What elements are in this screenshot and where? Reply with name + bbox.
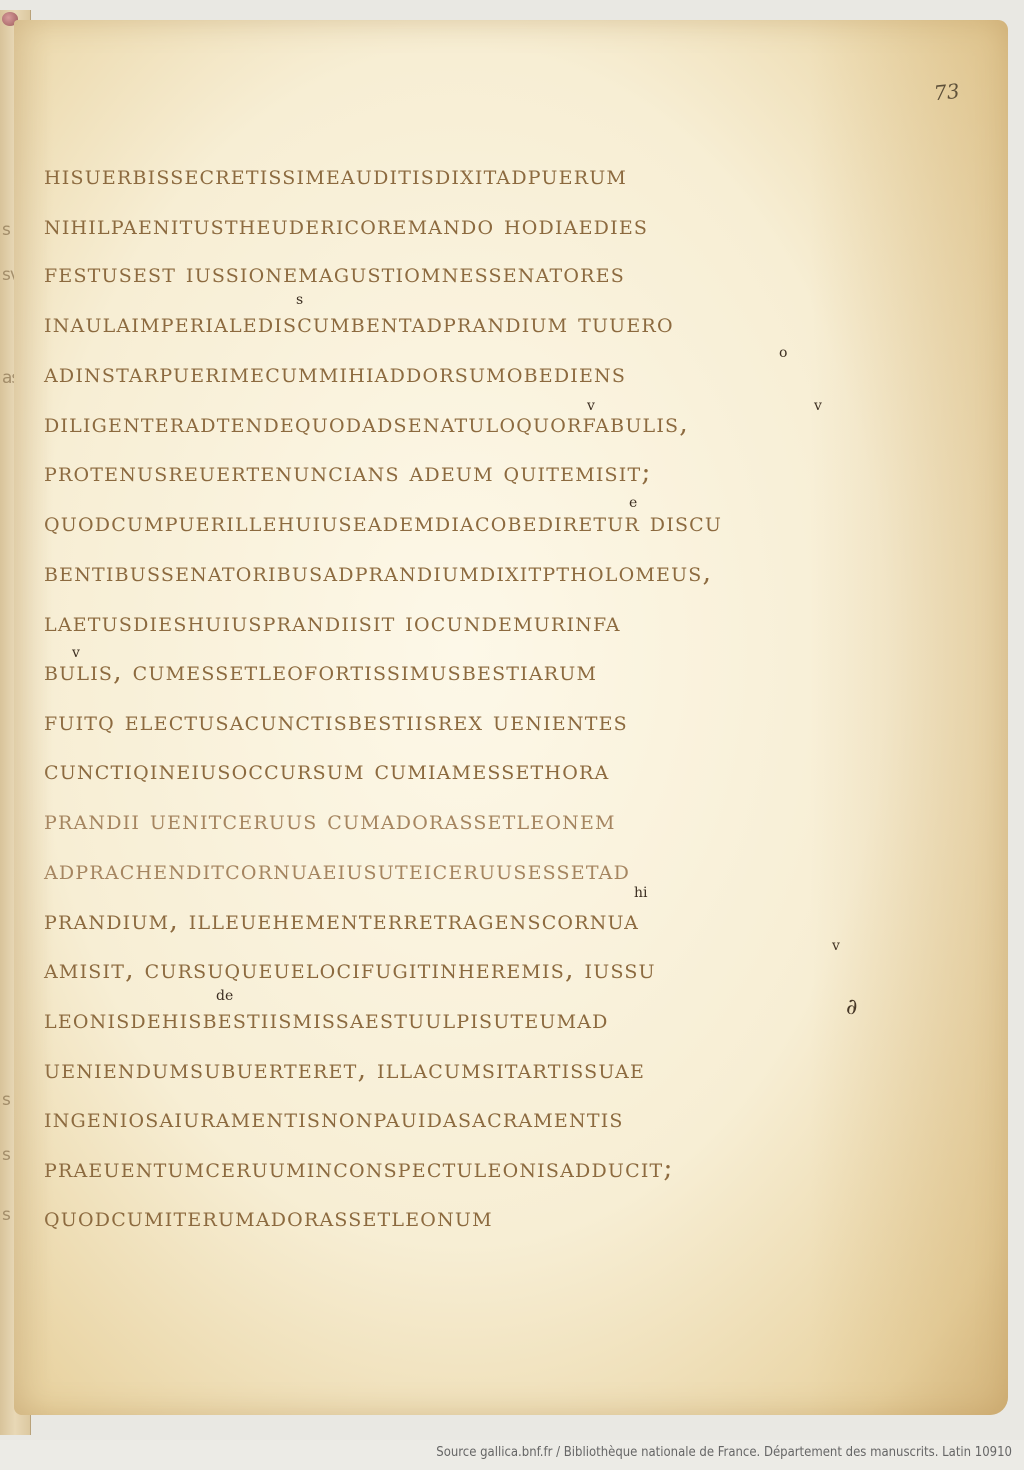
interlinear-gloss: s bbox=[296, 292, 303, 308]
manuscript-line: festusest iussionemagustiomnessenatores bbox=[44, 258, 625, 289]
interlinear-gloss: o bbox=[779, 345, 787, 361]
manuscript-line: ueniendumsubuerteret, illacumsitartissua… bbox=[44, 1054, 645, 1085]
manuscript-line: fuitq electusacunctisbestiisrex ueniente… bbox=[44, 706, 628, 737]
manuscript-line: prandii uenitceruus cumadorassetleonem bbox=[44, 805, 616, 836]
manuscript-line: adinstarpuerimecummihiaddorsumobediens bbox=[44, 358, 626, 389]
manuscript-line: leonisdehisbestiismissaestuulpisuteumad bbox=[44, 1004, 609, 1035]
manuscript-line: inaulaimperialediscumbentadprandium tuue… bbox=[44, 308, 674, 339]
interlinear-gloss: de bbox=[216, 988, 233, 1004]
marginal-correction-mark: ∂ bbox=[846, 995, 857, 1020]
manuscript-line: praeuentumceruuminconspectuleonisadducit… bbox=[44, 1153, 674, 1184]
manuscript-line: prandium, illeuehementerretragenscornua bbox=[44, 905, 639, 936]
manuscript-line: amisit, cursuqueuelocifugitinheremis, iu… bbox=[44, 954, 656, 985]
previous-leaf-fragment: s bbox=[2, 1090, 10, 1110]
manuscript-line: bentibussenatoribusadprandiumdixitptholo… bbox=[44, 557, 712, 588]
previous-leaf-fragment: s bbox=[2, 1145, 10, 1165]
manuscript-line: quodcumiterumadorassetleonum bbox=[44, 1202, 493, 1233]
manuscript-line: ingeniosaiuramentisnonpauidasacramentis bbox=[44, 1103, 624, 1134]
manuscript-line: protenusreuertenuncians adeum quitemisit… bbox=[44, 457, 652, 488]
interlinear-gloss: v bbox=[832, 938, 840, 954]
manuscript-line: laetusdieshuiusprandiisit iocundemurinfa bbox=[44, 607, 621, 638]
interlinear-gloss: hi bbox=[634, 885, 648, 901]
interlinear-gloss: e bbox=[629, 495, 637, 511]
interlinear-gloss: v bbox=[587, 398, 595, 414]
manuscript-line: cunctiqineiusoccursum cumiamessethora bbox=[44, 755, 609, 786]
manuscript-line: nihilpaenitustheudericoremando hodiaedie… bbox=[44, 210, 648, 241]
manuscript-line: adprachenditcornuaeiusuteiceruusessetad bbox=[44, 855, 630, 886]
manuscript-line: hisuerbissecretissimeauditisdixitadpueru… bbox=[44, 160, 627, 191]
manuscript-folio: 73 hisuerbissecretissimeauditisdixitadpu… bbox=[14, 20, 1008, 1415]
previous-leaf-fragment: s bbox=[2, 1205, 10, 1225]
folio-number: 73 bbox=[933, 79, 961, 106]
previous-leaf-fragment: s bbox=[2, 220, 10, 240]
interlinear-gloss: v bbox=[814, 398, 822, 414]
manuscript-line: quodcumpuerillehuiuseademdiacobediretur … bbox=[44, 507, 722, 538]
source-credit: Source gallica.bnf.fr / Bibliothèque nat… bbox=[436, 1445, 1012, 1460]
image-viewer: s sv as s s s 73 hisuerbissecretissimeau… bbox=[0, 0, 1024, 1440]
interlinear-gloss: v bbox=[72, 645, 80, 661]
manuscript-line: bulis, cumessetleofortissimusbestiarum bbox=[44, 656, 597, 687]
